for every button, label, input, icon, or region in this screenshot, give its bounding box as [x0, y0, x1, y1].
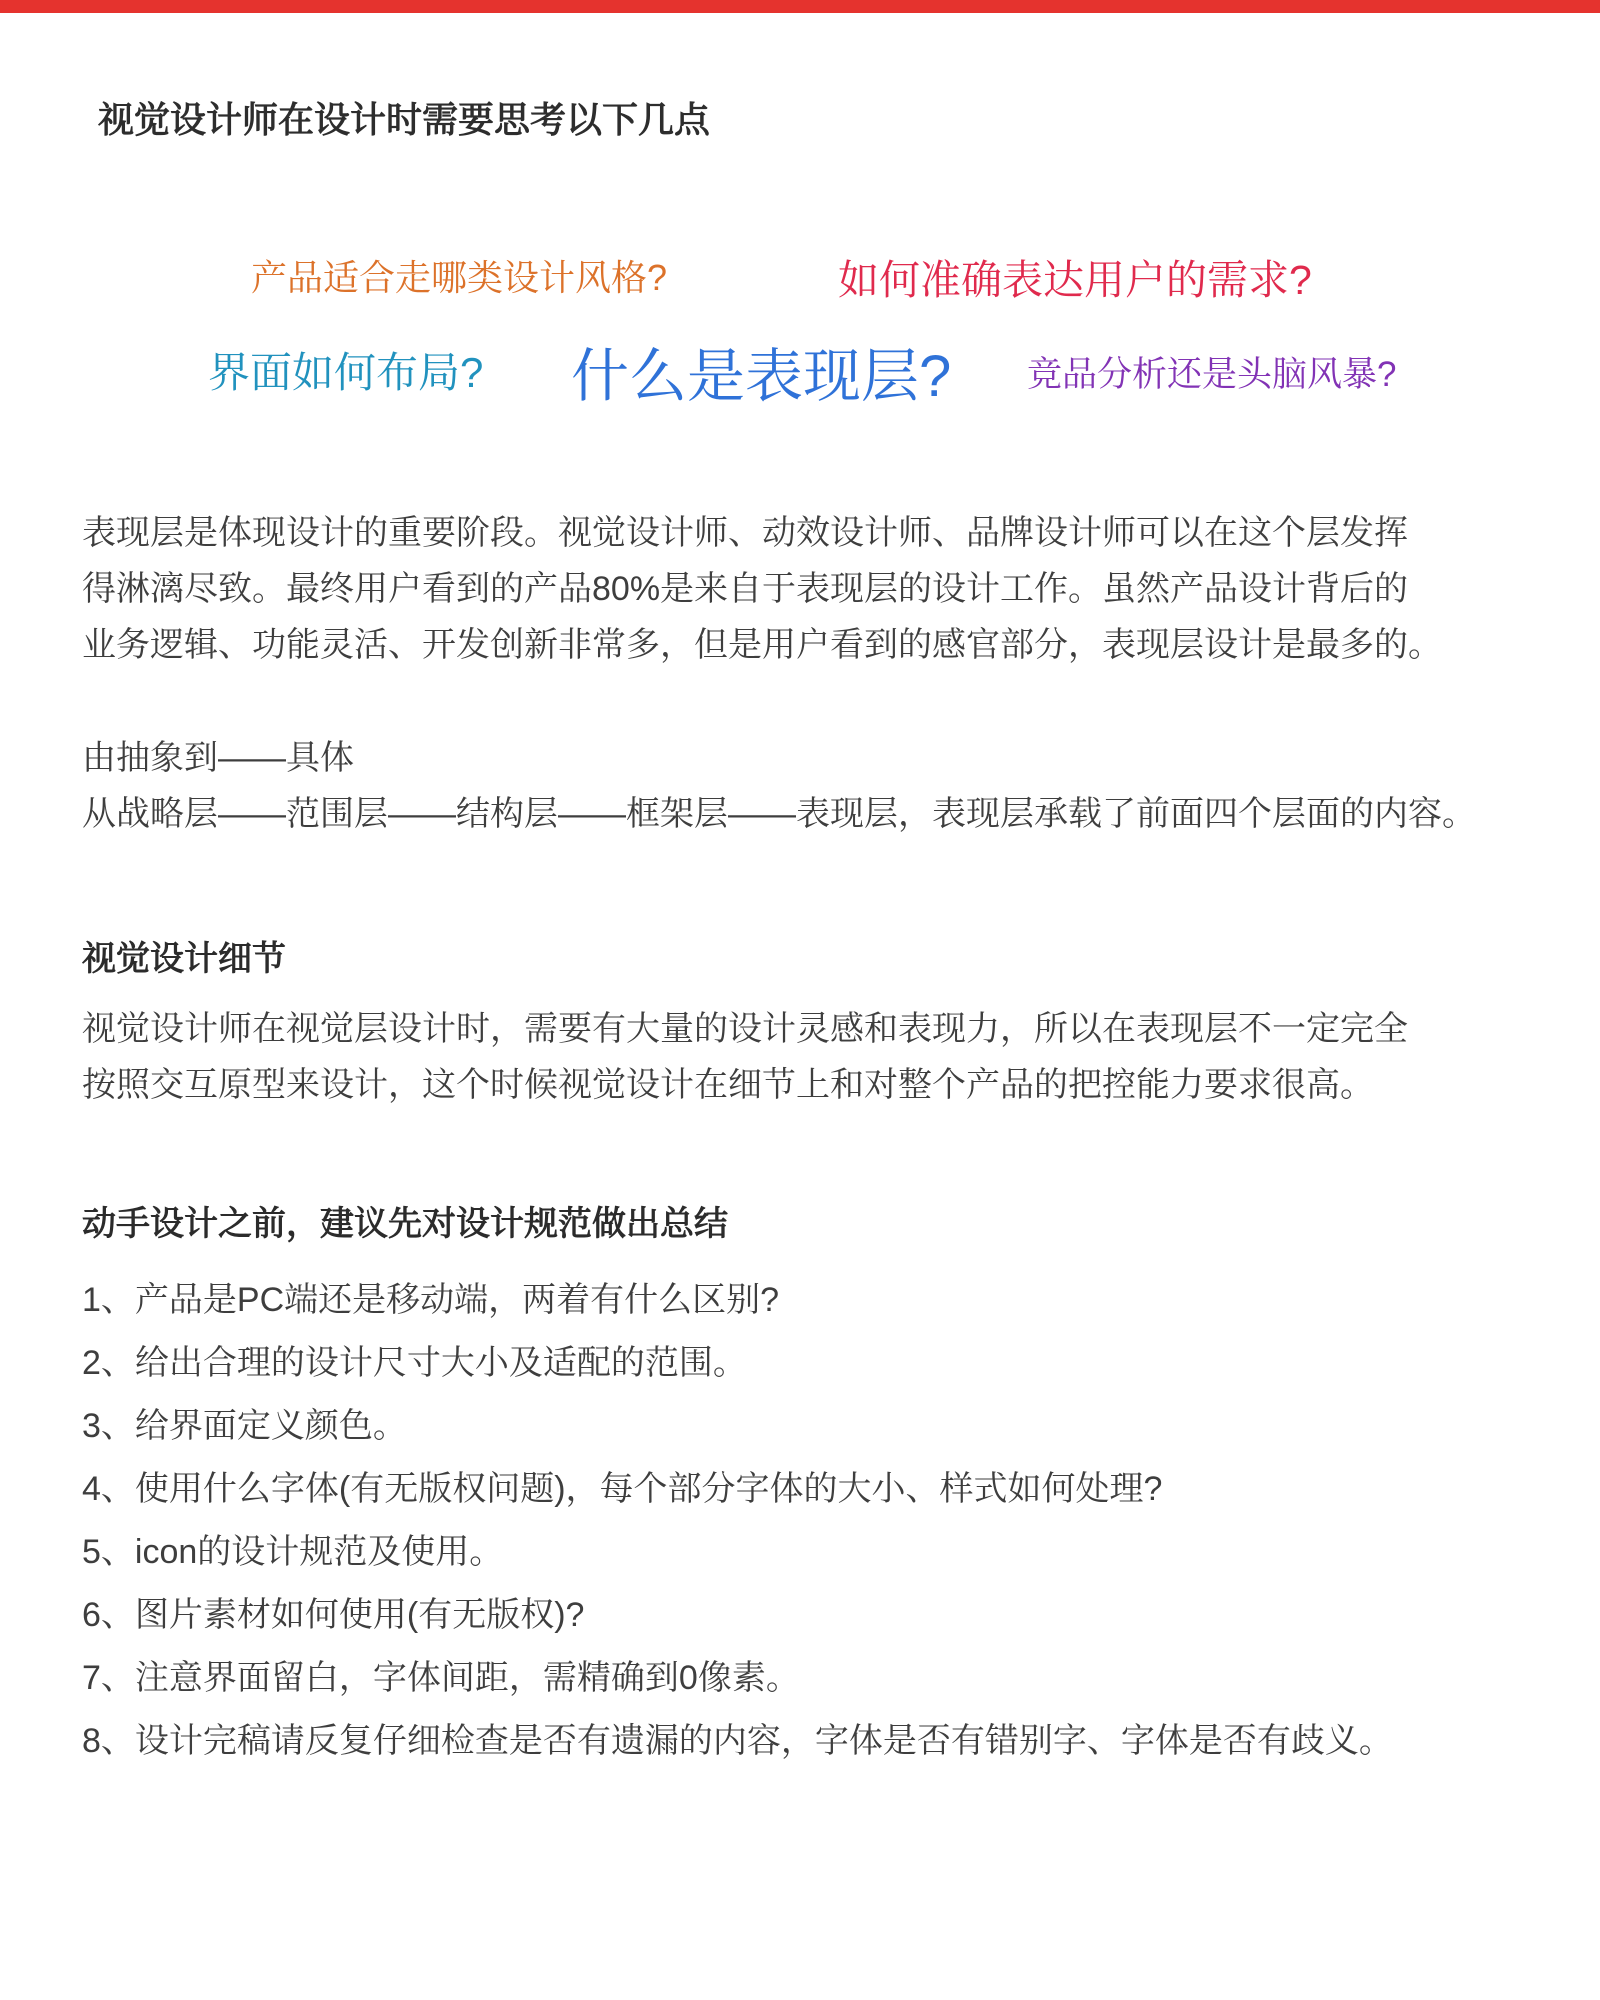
checklist-item: 4、使用什么字体(有无版权问题)，每个部分字体的大小、样式如何处理? — [82, 1458, 1552, 1521]
question-3: 界面如何布局? — [208, 340, 483, 400]
intro-line: 业务逻辑、功能灵活、开发创新非常多，但是用户看到的感官部分，表现层设计是最多的。 — [82, 617, 1552, 673]
article-page: 视觉设计师在设计时需要思考以下几点 产品适合走哪类设计风格? 如何准确表达用户的… — [0, 0, 1600, 2000]
intro-paragraph: 表现层是体现设计的重要阶段。视觉设计师、动效设计师、品牌设计师可以在这个层发挥 … — [82, 505, 1552, 673]
question-5: 竞品分析还是头脑风暴? — [1027, 347, 1396, 397]
checklist-item: 8、设计完稿请反复仔细检查是否有遗漏的内容，字体是否有错别字、字体是否有歧义。 — [82, 1710, 1552, 1773]
checklist-item: 7、注意界面留白，字体间距，需精确到0像素。 — [82, 1647, 1552, 1710]
abstract-line: 由抽象到——具体 — [82, 730, 1552, 786]
checklist: 1、产品是PC端还是移动端，两着有什么区别? 2、给出合理的设计尺寸大小及适配的… — [82, 1269, 1552, 1773]
checklist-item: 1、产品是PC端还是移动端，两着有什么区别? — [82, 1269, 1552, 1332]
checklist-item: 5、icon的设计规范及使用。 — [82, 1521, 1552, 1584]
checklist-item: 2、给出合理的设计尺寸大小及适配的范围。 — [82, 1332, 1552, 1395]
question-1: 产品适合走哪类设计风格? — [251, 250, 667, 301]
detail-line: 视觉设计师在视觉层设计时，需要有大量的设计灵感和表现力，所以在表现层不一定完全 — [82, 1001, 1552, 1057]
detail-line: 按照交互原型来设计，这个时候视觉设计在细节上和对整个产品的把控能力要求很高。 — [82, 1057, 1552, 1113]
top-accent-bar — [0, 0, 1600, 13]
intro-line: 表现层是体现设计的重要阶段。视觉设计师、动效设计师、品牌设计师可以在这个层发挥 — [82, 505, 1552, 561]
question-2: 如何准确表达用户的需求? — [838, 247, 1312, 306]
detail-section-heading: 视觉设计细节 — [82, 931, 286, 980]
page-title: 视觉设计师在设计时需要思考以下几点 — [98, 92, 710, 143]
checklist-item: 6、图片素材如何使用(有无版权)? — [82, 1584, 1552, 1647]
abstract-line: 从战略层——范围层——结构层——框架层——表现层，表现层承载了前面四个层面的内容… — [82, 786, 1552, 842]
abstract-flow-paragraph: 由抽象到——具体 从战略层——范围层——结构层——框架层——表现层，表现层承载了… — [82, 730, 1552, 842]
checklist-item: 3、给界面定义颜色。 — [82, 1395, 1552, 1458]
detail-paragraph: 视觉设计师在视觉层设计时，需要有大量的设计灵感和表现力，所以在表现层不一定完全 … — [82, 1001, 1552, 1113]
question-4: 什么是表现层? — [571, 329, 951, 413]
intro-line: 得淋漓尽致。最终用户看到的产品80%是来自于表现层的设计工作。虽然产品设计背后的 — [82, 561, 1552, 617]
checklist-section-heading: 动手设计之前，建议先对设计规范做出总结 — [82, 1196, 728, 1245]
